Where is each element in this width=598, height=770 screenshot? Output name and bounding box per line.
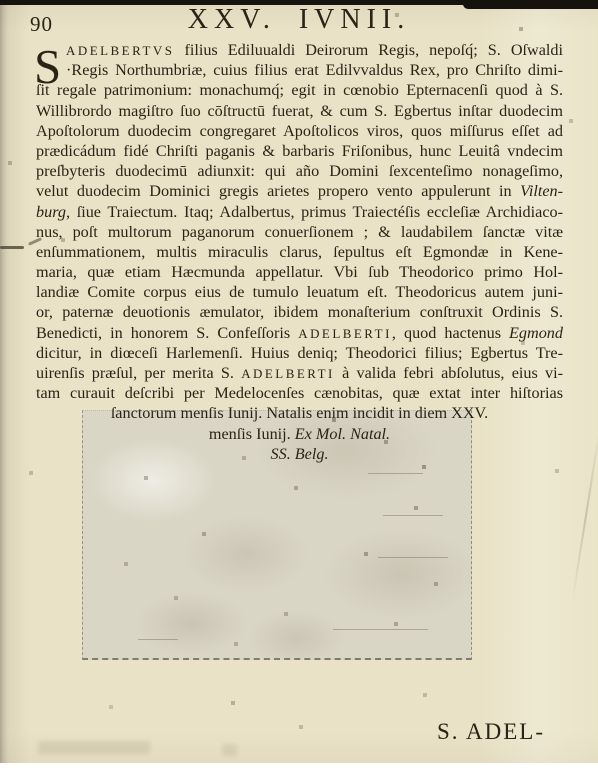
text-line: menſis Iunij. Ex Mol. Natal. [36, 424, 563, 444]
plate-streak [138, 639, 178, 640]
body-text-run: Willibrordo magiſtro ſuo cōſtructū fuera… [36, 102, 563, 120]
italic-text: Egmond [509, 324, 563, 342]
body-text-run: or, paternæ deuotionis æmulator, ibidem … [36, 303, 563, 321]
body-text-run: ſanctorum menſis Iunij. Natalis enim inc… [111, 404, 488, 422]
text-line: ſit regale patrimonium: monachumq́; egit… [36, 80, 563, 100]
body-text-run: nus, poſt multorum paganorum conuerſione… [36, 223, 563, 241]
body-text-run: maria, quæ etiam Hæcmunda appellatur. Vb… [36, 263, 563, 281]
body-text-run: ·Regis Northumbriæ, cuius filius erat Ed… [66, 61, 563, 79]
catchword: S. ADEL- [437, 719, 545, 745]
plate-streak [333, 629, 428, 630]
text-line: uirenſis præſul, per merita S. ADELBERTI… [36, 363, 563, 383]
book-page-scan: 90 XXV. IVNII. S ADELBERTVS filius Edilu… [0, 0, 598, 770]
text-line: ·Regis Northumbriæ, cuius filius erat Ed… [36, 60, 563, 80]
text-line: velut duodecim Dominici gregis arietes p… [36, 181, 563, 201]
body-text-run: Apoſtolorum duodecim congregaret Apoſtol… [36, 122, 563, 140]
body-text-run: Benedicti, in honorem S. Confeſſoris [36, 324, 298, 342]
smallcaps-name: ADELBERTVS [66, 43, 174, 58]
text-line: maria, quæ etiam Hæcmunda appellatur. Vb… [36, 262, 563, 282]
text-line: burg, ſiue Traiectum. Itaq; Adalbertus, … [36, 202, 563, 222]
body-text-run: landiæ Comite corpus eius de tumulo leua… [36, 283, 563, 301]
italic-text: SS. Belg. [271, 445, 329, 463]
body-text-run: preſbyteris duodecimū adiunxit: qui año … [36, 162, 563, 180]
text-line: dicitur, in diœceſi Harlemenſi. Huius de… [36, 343, 563, 363]
body-text-run: uirenſis præſul, per merita S. [36, 364, 241, 382]
text-line: ADELBERTVS filius Ediluualdi Deirorum Re… [36, 40, 563, 60]
text-line: landiæ Comite corpus eius de tumulo leua… [36, 282, 563, 302]
body-text-run: , quod hactenus [392, 324, 509, 342]
drop-cap: S [34, 42, 61, 91]
body-text: S ADELBERTVS filius Ediluualdi Deirorum … [36, 40, 563, 464]
body-text-run: velut duodecim Dominici gregis arietes p… [36, 182, 520, 200]
text-line: SS. Belg. [36, 444, 563, 464]
smallcaps-name: ADELBERTI [298, 326, 392, 341]
text-line: ſanctorum menſis Iunij. Natalis enim inc… [36, 403, 563, 423]
page-crease [571, 429, 598, 602]
text-line: or, paternæ deuotionis æmulator, ibidem … [36, 302, 563, 322]
italic-text: Ex Mol. Natal. [295, 425, 390, 443]
body-text-run: ſit regale patrimonium: monachumq́; egit… [36, 81, 563, 99]
body-text-run: à valida febri abſolutus, eius vi- [335, 364, 563, 382]
text-line: nus, poſt multorum paganorum conuerſione… [36, 222, 563, 242]
body-text-run: prædicádum fidé Chriſti paganis & barbar… [36, 142, 563, 160]
plate-streak [368, 473, 423, 474]
body-text-run: menſis Iunij. [209, 425, 295, 443]
smallcaps-name: ADELBERTI [241, 366, 335, 381]
body-text-run: filius Ediluualdi Deirorum Regis, nepoſq… [174, 41, 563, 59]
body-text-run: dicitur, in diœceſi Harlemenſi. Huius de… [36, 344, 563, 362]
body-text-run: ſiue Traiectum. Itaq; Adalbertus, primus… [70, 203, 563, 221]
body-text-run: enſummationem, multis miraculis clarus, … [36, 243, 563, 261]
italic-text: Vilten- [520, 182, 563, 200]
text-line: Apoſtolorum duodecim congregaret Apoſtol… [36, 121, 563, 141]
scan-edge-bottom [0, 763, 598, 770]
text-line: preſbyteris duodecimū adiunxit: qui año … [36, 161, 563, 181]
text-line: tam curauit deſcribi per Medelocenſes cæ… [36, 383, 563, 403]
text-line: Willibrordo magiſtro ſuo cōſtructū fuera… [36, 101, 563, 121]
text-line: Benedicti, in honorem S. Confeſſoris ADE… [36, 323, 563, 343]
running-header: XXV. IVNII. [0, 4, 598, 36]
text-line: enſummationem, multis miraculis clarus, … [36, 242, 563, 262]
paper-specks [0, 0, 2, 2]
plate-streak [378, 557, 448, 558]
text-line: prædicádum fidé Chriſti paganis & barbar… [36, 141, 563, 161]
body-text-run: tam curauit deſcribi per Medelocenſes cæ… [36, 384, 563, 402]
margin-dash [0, 246, 24, 249]
ghost-mark-left [38, 741, 150, 754]
italic-text: burg, [36, 203, 70, 221]
ghost-mark-center [222, 744, 237, 756]
plate-streak [383, 515, 443, 516]
